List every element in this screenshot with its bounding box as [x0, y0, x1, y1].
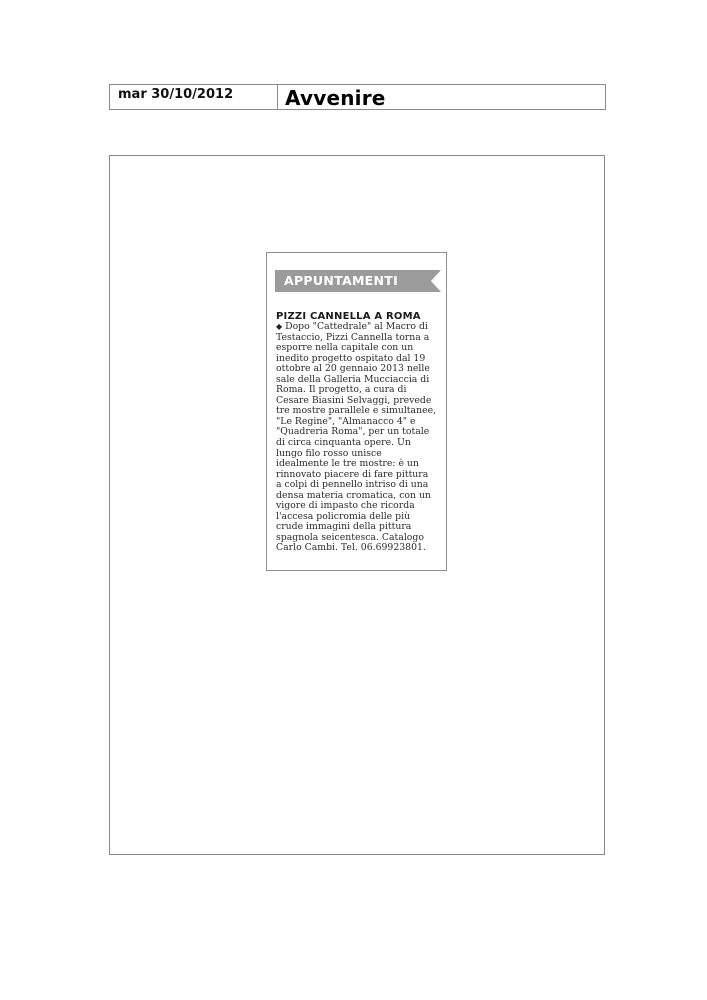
article-line: ◆ Dopo "Cattedrale" al Macro di: [276, 322, 442, 333]
news-clipping: APPUNTAMENTI PIZZI CANNELLA A ROMA ◆ Dop…: [266, 252, 447, 571]
publication-date: mar 30/10/2012: [110, 85, 278, 109]
press-header: mar 30/10/2012 Avvenire: [109, 84, 606, 110]
publication-name: Avvenire: [278, 85, 605, 109]
article-line: di circa cinquanta opere. Un: [276, 438, 442, 449]
article-line: Carlo Cambi. Tel. 06.69923801.: [276, 543, 442, 554]
diamond-bullet-icon: ◆: [276, 322, 282, 331]
section-banner-label: APPUNTAMENTI: [284, 272, 398, 290]
article-body: ◆ Dopo "Cattedrale" al Macro di Testacci…: [276, 322, 442, 554]
section-banner: APPUNTAMENTI: [275, 270, 441, 292]
